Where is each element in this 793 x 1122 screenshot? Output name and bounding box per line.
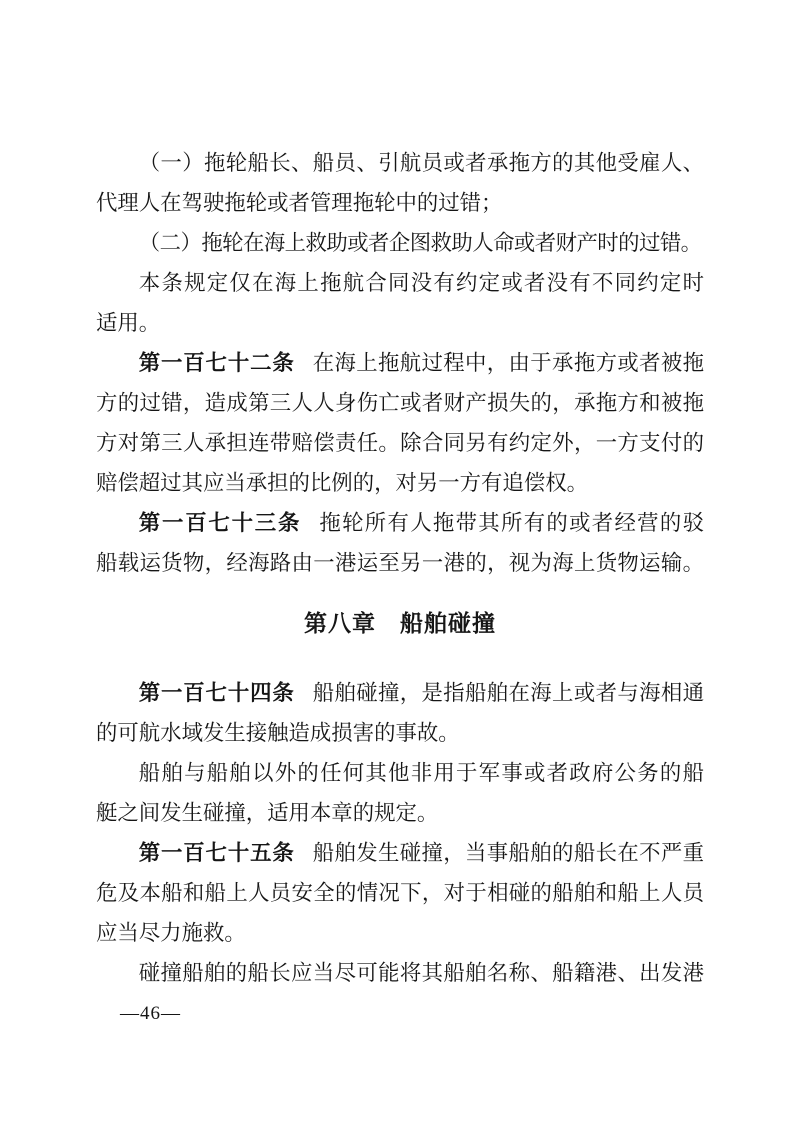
text-line: 赔偿超过其应当承担的比例的，对另一方有追偿权。 [96,463,704,503]
line-text: 方对第三人承担连带赔偿责任。除合同另有约定外，一方支付的 [96,431,704,455]
line-text: 拖轮所有人拖带其所有的或者经营的驳 [319,511,704,535]
text-line-article-172: 第一百七十二条在海上拖航过程中，由于承拖方或者被拖 [96,343,704,383]
document-page: （一）拖轮船长、船员、引航员或者承拖方的其他受雇人、 代理人在驾驶拖轮或者管理拖… [0,0,793,1122]
text-line: 危及本船和船上人员安全的情况下，对于相碰的船舶和船上人员 [96,873,704,913]
text-line: 船舶与船舶以外的任何其他非用于军事或者政府公务的船 [96,753,704,793]
text-line: 碰撞船舶的船长应当尽可能将其船舶名称、船籍港、出发港 [96,953,704,993]
line-text: 适用。 [96,311,160,335]
text-line: （二）拖轮在海上救助或者企图救助人命或者财产时的过错。 [96,223,704,263]
text-block: （一）拖轮船长、船员、引航员或者承拖方的其他受雇人、 代理人在驾驶拖轮或者管理拖… [96,143,704,1029]
text-line-article-173: 第一百七十三条拖轮所有人拖带其所有的或者经营的驳 [96,503,704,543]
line-text: （二）拖轮在海上救助或者企图救助人命或者财产时的过错。 [139,231,702,255]
page-number: —46— [120,999,704,1029]
page-number-text: —46— [120,1003,181,1024]
text-line-article-174: 第一百七十四条船舶碰撞，是指船舶在海上或者与海相通 [96,673,704,713]
text-line: 的可航水域发生接触造成损害的事故。 [96,713,704,753]
line-text: 船舶碰撞，是指船舶在海上或者与海相通 [313,681,704,705]
line-text: 在海上拖航过程中，由于承拖方或者被拖 [313,351,704,375]
text-line-article-175: 第一百七十五条船舶发生碰撞，当事船舶的船长在不严重 [96,833,704,873]
text-line: 应当尽力施救。 [96,913,704,953]
line-text: 赔偿超过其应当承担的比例的，对另一方有追偿权。 [96,471,588,495]
article-number: 第一百七十四条 [139,681,295,705]
text-line: 代理人在驾驶拖轮或者管理拖轮中的过错； [96,183,704,223]
article-number: 第一百七十三条 [139,511,301,535]
line-text: 危及本船和船上人员安全的情况下，对于相碰的船舶和船上人员 [96,881,704,905]
line-text: 船舶与船舶以外的任何其他非用于军事或者政府公务的船 [139,761,704,785]
text-line: 方对第三人承担连带赔偿责任。除合同另有约定外，一方支付的 [96,423,704,463]
text-line: 适用。 [96,303,704,343]
article-number: 第一百七十二条 [139,351,295,375]
chapter-heading-text: 第八章 船舶碰撞 [304,610,496,636]
line-text: 船载运货物，经海路由一港运至另一港的，视为海上货物运输。 [96,551,704,575]
line-text: 本条规定仅在海上拖航合同没有约定或者没有不同约定时 [139,271,704,295]
article-number: 第一百七十五条 [139,841,295,865]
line-text: 艇之间发生碰撞，适用本章的规定。 [96,801,438,825]
text-line: 船载运货物，经海路由一港运至另一港的，视为海上货物运输。 [96,543,704,583]
line-text: 碰撞船舶的船长应当尽可能将其船舶名称、船籍港、出发港 [139,961,704,985]
text-line: 本条规定仅在海上拖航合同没有约定或者没有不同约定时 [96,263,704,303]
text-line: （一）拖轮船长、船员、引航员或者承拖方的其他受雇人、 [96,143,704,183]
line-text: 代理人在驾驶拖轮或者管理拖轮中的过错； [96,191,502,215]
text-line: 方的过错，造成第三人人身伤亡或者财产损失的，承拖方和被拖 [96,383,704,423]
line-text: （一）拖轮船长、船员、引航员或者承拖方的其他受雇人、 [139,151,704,175]
line-text: 的可航水域发生接触造成损害的事故。 [96,721,460,745]
line-text: 应当尽力施救。 [96,921,246,945]
text-line: 艇之间发生碰撞，适用本章的规定。 [96,793,704,833]
line-text: 方的过错，造成第三人人身伤亡或者财产损失的，承拖方和被拖 [96,391,704,415]
chapter-heading: 第八章 船舶碰撞 [96,603,704,643]
line-text: 船舶发生碰撞，当事船舶的船长在不严重 [313,841,704,865]
